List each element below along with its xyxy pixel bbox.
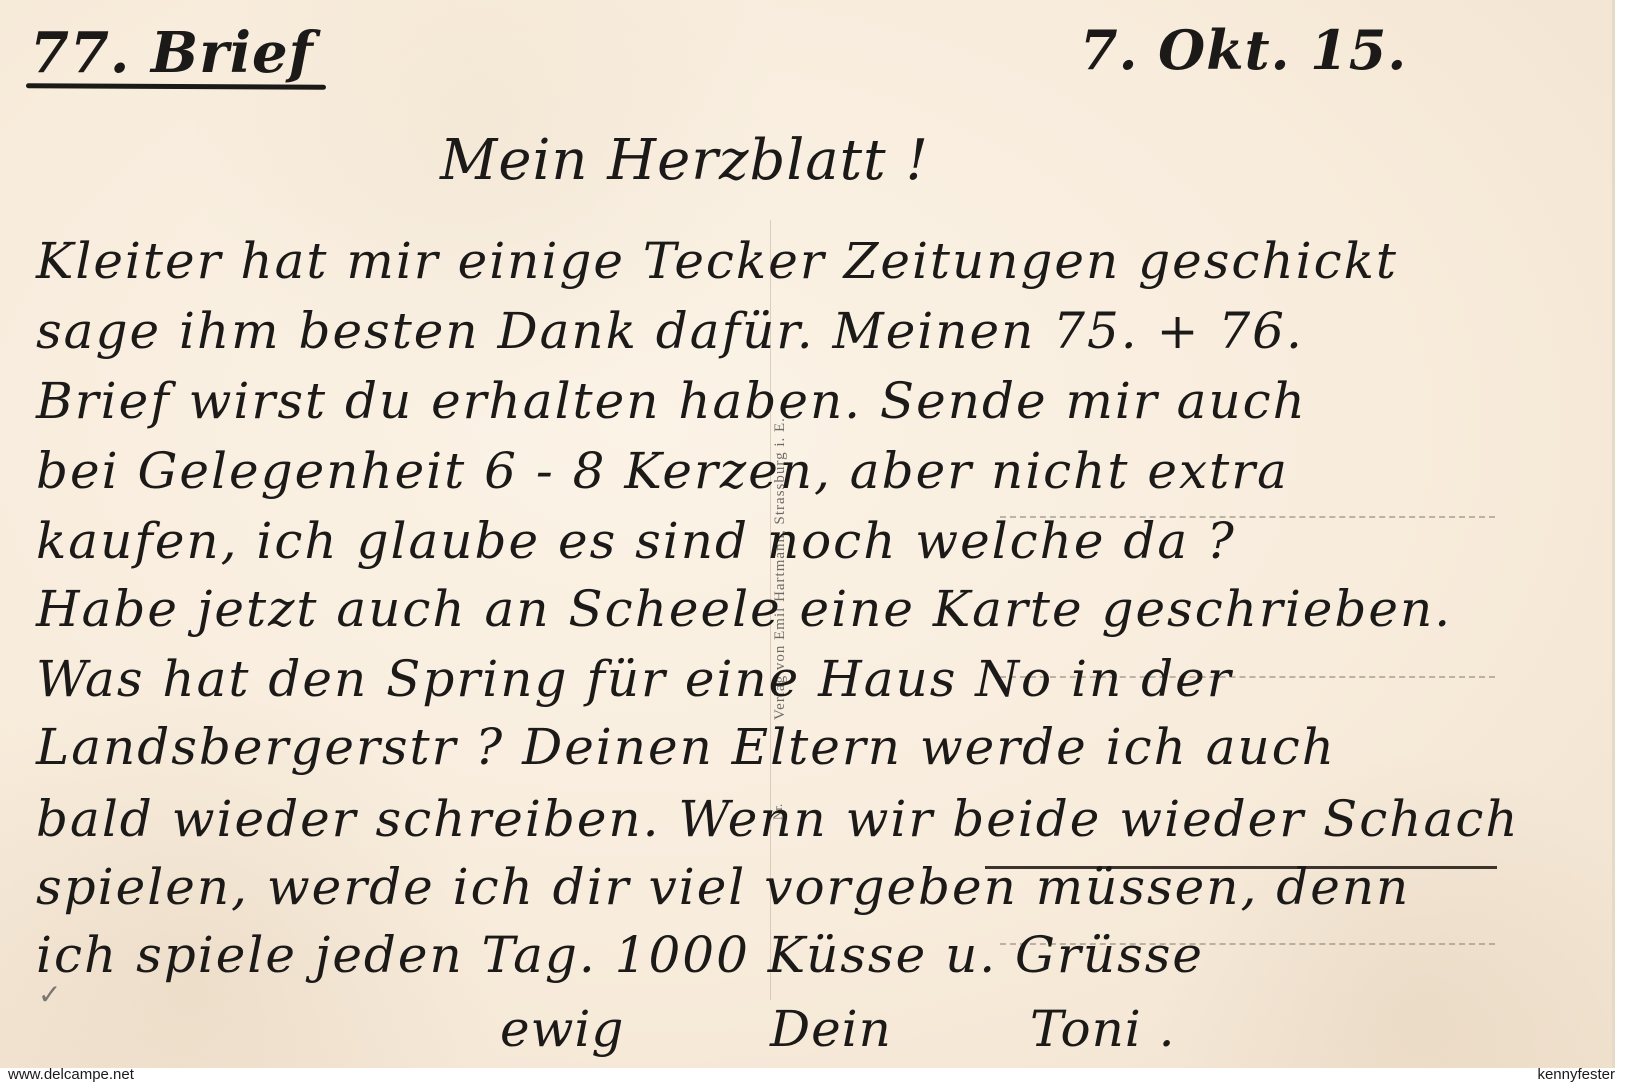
letter-line-3: Brief wirst du erhalten haben. Sende mir… — [36, 372, 1307, 430]
watermark-delcampe: www.delcampe.net — [8, 1066, 134, 1083]
letter-line-4: bei Gelegenheit 6 - 8 Kerzen, aber nicht… — [36, 442, 1289, 500]
letter-line-10: spielen, werde ich dir viel vorgeben müs… — [36, 858, 1410, 916]
closing-word-ewig: ewig — [500, 1000, 624, 1058]
letter-date: 7. Okt. 15. — [1080, 18, 1407, 82]
postcard-back: 77. Brief 7. Okt. 15. Mein Herzblatt ! V… — [0, 0, 1615, 1068]
letter-line-5: kaufen, ich glaube es sind noch welche d… — [36, 512, 1236, 570]
letter-line-7: Was hat den Spring für eine Haus No in d… — [36, 650, 1233, 708]
watermark-seller: kennyfester — [1537, 1066, 1615, 1083]
letter-line-9: bald wieder schreiben. Wenn wir beide wi… — [36, 790, 1520, 848]
closing-word-dein: Dein — [770, 1000, 892, 1058]
signature-toni: Toni . — [1030, 1000, 1176, 1058]
letter-number-heading: 77. Brief — [30, 20, 314, 86]
salutation: Mein Herzblatt ! — [440, 128, 929, 193]
letter-line-1: Kleiter hat mir einige Tecker Zeitungen … — [36, 232, 1398, 290]
check-mark-icon: ✓ — [38, 978, 61, 1011]
heading-underline — [26, 83, 326, 90]
letter-line-2: sage ihm besten Dank dafür. Meinen 75. +… — [36, 302, 1304, 360]
letter-line-6: Habe jetzt auch an Scheele eine Karte ge… — [36, 580, 1452, 638]
letter-line-8: Landsbergerstr ? Deinen Eltern werde ich… — [36, 718, 1336, 776]
letter-line-11: ich spiele jeden Tag. 1000 Küsse u. Grüs… — [36, 926, 1204, 984]
